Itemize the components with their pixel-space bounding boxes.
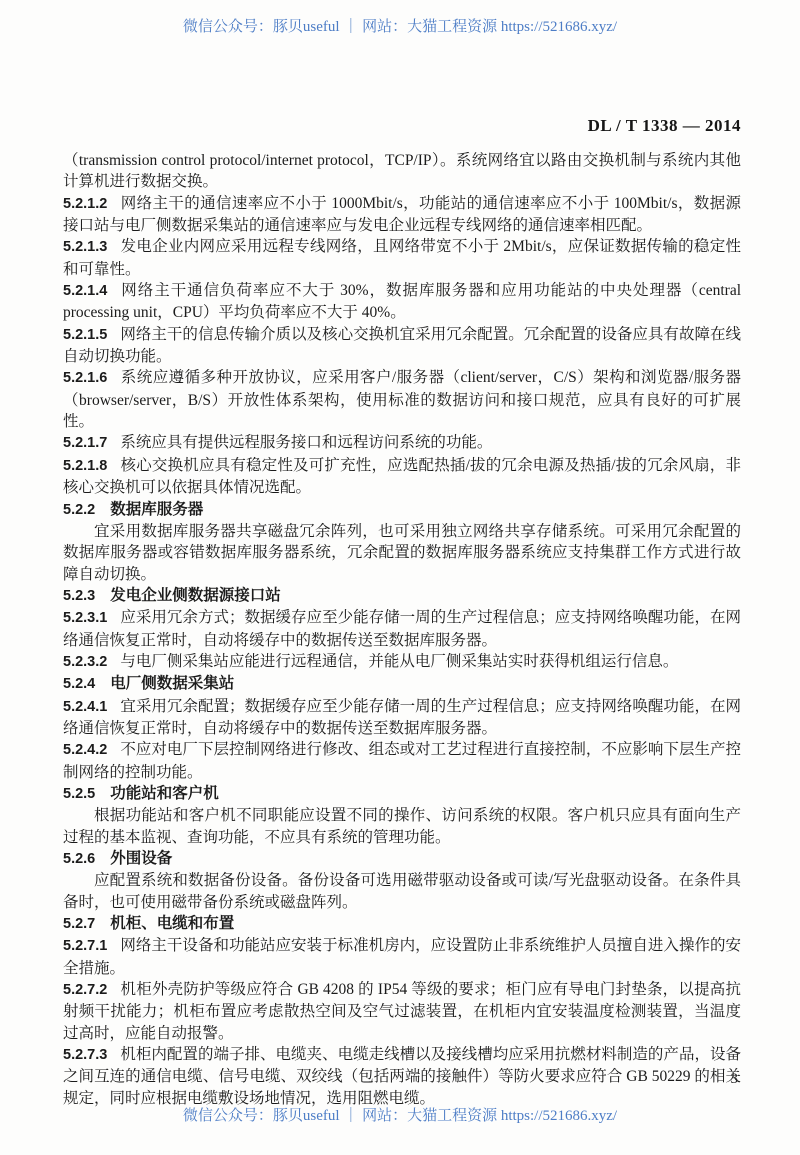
clause-text: 发电企业内网应采用远程专线网络，且网络带宽不小于 2Mbit/s，应保证数据传输… xyxy=(63,238,741,277)
clause-text: 根据功能站和客户机不同职能应设置不同的操作、访问系统的权限。客户机只应具有面向生… xyxy=(63,807,741,845)
paragraph: 5.2.7.3机柜内配置的端子排、电缆夹、电缆走线槽以及接线槽均应采用抗燃材料制… xyxy=(63,1044,741,1109)
paragraph: 5.2.3.2与电厂侧采集站应能进行远程通信，并能从电厂侧采集站实时获得机组运行… xyxy=(63,651,741,673)
clause-text: 应采用冗余方式；数据缓存应至少能存储一周的生产过程信息；应支持网络唤醒功能，在网… xyxy=(63,609,741,648)
clause-text: 机柜、电缆和布置 xyxy=(110,915,234,932)
clause-number: 5.2.7.3 xyxy=(63,1047,107,1063)
paragraph: （transmission control protocol/internet … xyxy=(63,150,741,193)
clause-text: 网络主干的信息传输介质以及核心交换机宜采用冗余配置。冗余配置的设备应具有故障在线… xyxy=(63,326,741,365)
clause-number: 5.2.6 xyxy=(63,851,95,867)
paragraph: 5.2.4.2不应对电厂下层控制网络进行修改、组态或对工艺过程进行直接控制，不应… xyxy=(63,739,741,783)
section-heading: 5.2.6外围设备 xyxy=(63,848,741,870)
clause-number: 5.2.1.5 xyxy=(63,327,107,343)
clause-number: 5.2.7.1 xyxy=(63,938,107,954)
section-heading: 5.2.7机柜、电缆和布置 xyxy=(63,913,741,935)
clause-text: 外围设备 xyxy=(110,850,172,867)
paragraph: 5.2.7.1网络主干设备和功能站应安装于标准机房内，应设置防止非系统维护人员擅… xyxy=(63,935,741,979)
paragraph: 应配置系统和数据备份设备。备份设备可选用磁带驱动设备或可读/写光盘驱动设备。在条… xyxy=(63,870,741,913)
paragraph: 5.2.4.1宜采用冗余配置；数据缓存应至少能存储一周的生产过程信息；应支持网络… xyxy=(63,696,741,740)
clause-text: 功能站和客户机 xyxy=(110,785,219,802)
clause-number: 5.2.7.2 xyxy=(63,982,107,998)
clause-text: 发电企业侧数据源接口站 xyxy=(110,587,281,604)
standard-number: DL / T 1338 — 2014 xyxy=(588,116,741,136)
paragraph: 5.2.3.1应采用冗余方式；数据缓存应至少能存储一周的生产过程信息；应支持网络… xyxy=(63,607,741,651)
clause-text: 宜采用数据库服务器共享磁盘冗余阵列，也可采用独立网络共享存储系统。可采用冗余配置… xyxy=(63,523,741,583)
clause-number: 5.2.1.7 xyxy=(63,435,107,451)
clause-text: 核心交换机应具有稳定性及可扩充性，应选配热插/拔的冗余电源及热插/拔的冗余风扇，… xyxy=(63,457,741,496)
clause-number: 5.2.2 xyxy=(63,502,95,518)
clause-text: 机柜外壳防护等级应符合 GB 4208 的 IP54 等级的要求；柜门应有导电门… xyxy=(63,981,741,1042)
page-number: 3 xyxy=(731,1071,739,1088)
clause-number: 5.2.7 xyxy=(63,916,95,932)
clause-number: 5.2.1.8 xyxy=(63,458,107,474)
section-heading: 5.2.2数据库服务器 xyxy=(63,499,741,521)
clause-text: 电厂侧数据采集站 xyxy=(110,675,234,692)
clause-text: 机柜内配置的端子排、电缆夹、电缆走线槽以及接线槽均应采用抗燃材料制造的产品，设备… xyxy=(63,1046,741,1107)
paragraph: 5.2.1.7系统应具有提供远程服务接口和远程访问系统的功能。 xyxy=(63,432,741,454)
paragraph: 宜采用数据库服务器共享磁盘冗余阵列，也可采用独立网络共享存储系统。可采用冗余配置… xyxy=(63,521,741,585)
paragraph: 5.2.1.2网络主干的通信速率应不小于 1000Mbit/s，功能站的通信速率… xyxy=(63,193,741,237)
section-heading: 5.2.5功能站和客户机 xyxy=(63,783,741,805)
clause-text: 应配置系统和数据备份设备。备份设备可选用磁带驱动设备或可读/写光盘驱动设备。在条… xyxy=(63,872,741,910)
clause-number: 5.2.4 xyxy=(63,676,95,692)
clause-text: 系统应具有提供远程服务接口和远程访问系统的功能。 xyxy=(120,434,492,451)
clause-text: 宜采用冗余配置；数据缓存应至少能存储一周的生产过程信息；应支持网络唤醒功能，在网… xyxy=(63,698,741,737)
clause-text: 与电厂侧采集站应能进行远程通信，并能从电厂侧采集站实时获得机组运行信息。 xyxy=(120,653,678,670)
clause-text: 系统应遵循多种开放协议，应采用客户/服务器（client/server，C/S）… xyxy=(63,369,741,430)
clause-number: 5.2.3.2 xyxy=(63,654,107,670)
document-body: （transmission control protocol/internet … xyxy=(63,150,741,1109)
clause-text: 网络主干通信负荷率应不大于 30%，数据库服务器和应用功能站的中央处理器（cen… xyxy=(63,282,741,321)
section-heading: 5.2.3发电企业侧数据源接口站 xyxy=(63,585,741,607)
watermark-top: 微信公众号：豚贝useful ｜ 网站：大猫工程资源 https://52168… xyxy=(0,15,800,36)
clause-number: 5.2.1.3 xyxy=(63,239,107,255)
clause-number: 5.2.1.4 xyxy=(63,283,107,299)
watermark-bottom: 微信公众号：豚贝useful ｜ 网站：大猫工程资源 https://52168… xyxy=(0,1104,800,1125)
clause-number: 5.2.1.2 xyxy=(63,196,107,212)
clause-text: （transmission control protocol/internet … xyxy=(63,152,741,190)
clause-number: 5.2.4.2 xyxy=(63,742,107,758)
clause-text: 不应对电厂下层控制网络进行修改、组态或对工艺过程进行直接控制，不应影响下层生产控… xyxy=(63,741,741,780)
clause-number: 5.2.3 xyxy=(63,588,95,604)
clause-text: 数据库服务器 xyxy=(110,501,203,518)
paragraph: 根据功能站和客户机不同职能应设置不同的操作、访问系统的权限。客户机只应具有面向生… xyxy=(63,805,741,848)
section-heading: 5.2.4电厂侧数据采集站 xyxy=(63,673,741,695)
clause-number: 5.2.4.1 xyxy=(63,699,107,715)
clause-number: 5.2.3.1 xyxy=(63,610,107,626)
clause-text: 网络主干设备和功能站应安装于标准机房内，应设置防止非系统维护人员擅自进入操作的安… xyxy=(63,937,741,976)
paragraph: 5.2.1.5网络主干的信息传输介质以及核心交换机宜采用冗余配置。冗余配置的设备… xyxy=(63,324,741,368)
paragraph: 5.2.1.8核心交换机应具有稳定性及可扩充性，应选配热插/拔的冗余电源及热插/… xyxy=(63,455,741,499)
clause-number: 5.2.1.6 xyxy=(63,370,107,386)
paragraph: 5.2.7.2机柜外壳防护等级应符合 GB 4208 的 IP54 等级的要求；… xyxy=(63,979,741,1044)
clause-text: 网络主干的通信速率应不小于 1000Mbit/s，功能站的通信速率应不小于 10… xyxy=(63,195,741,234)
paragraph: 5.2.1.3发电企业内网应采用远程专线网络，且网络带宽不小于 2Mbit/s，… xyxy=(63,236,741,280)
clause-number: 5.2.5 xyxy=(63,786,95,802)
paragraph: 5.2.1.6系统应遵循多种开放协议，应采用客户/服务器（client/serv… xyxy=(63,367,741,432)
paragraph: 5.2.1.4网络主干通信负荷率应不大于 30%，数据库服务器和应用功能站的中央… xyxy=(63,280,741,324)
